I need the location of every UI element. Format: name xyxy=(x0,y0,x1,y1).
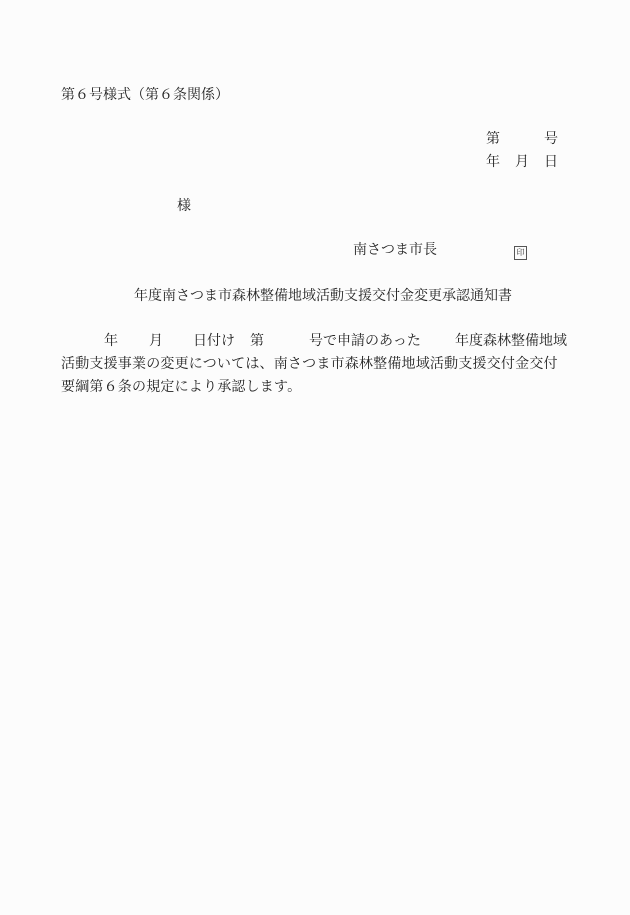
date-day: 日 xyxy=(544,153,558,171)
body-request-text: 号で申請のあった xyxy=(309,332,421,350)
body-line-2: 活動支援事業の変更については、南さつま市森林整備地域活動支援交付金交付 xyxy=(61,355,558,373)
body-year: 年 xyxy=(104,332,118,350)
number-prefix: 第 xyxy=(486,130,500,148)
body-month: 月 xyxy=(149,332,163,350)
seal-mark: 印 xyxy=(514,242,527,260)
number-suffix: 号 xyxy=(544,130,558,148)
addressee-suffix: 様 xyxy=(177,197,191,215)
body-dated: 日付け xyxy=(193,332,235,350)
date-month: 月 xyxy=(515,153,529,171)
body-number-prefix: 第 xyxy=(250,332,264,350)
form-label: 第６号様式（第６条関係） xyxy=(61,86,229,104)
issuer-name: 南さつま市長 xyxy=(353,241,437,259)
body-fiscal-text: 年度森林整備地域 xyxy=(455,332,567,350)
seal-icon: 印 xyxy=(514,246,527,260)
date-year: 年 xyxy=(486,153,500,171)
document-title: 年度南さつま市森林整備地域活動支援交付金変更承認通知書 xyxy=(134,287,512,305)
body-line-3: 要綱第６条の規定により承認します。 xyxy=(61,378,301,396)
